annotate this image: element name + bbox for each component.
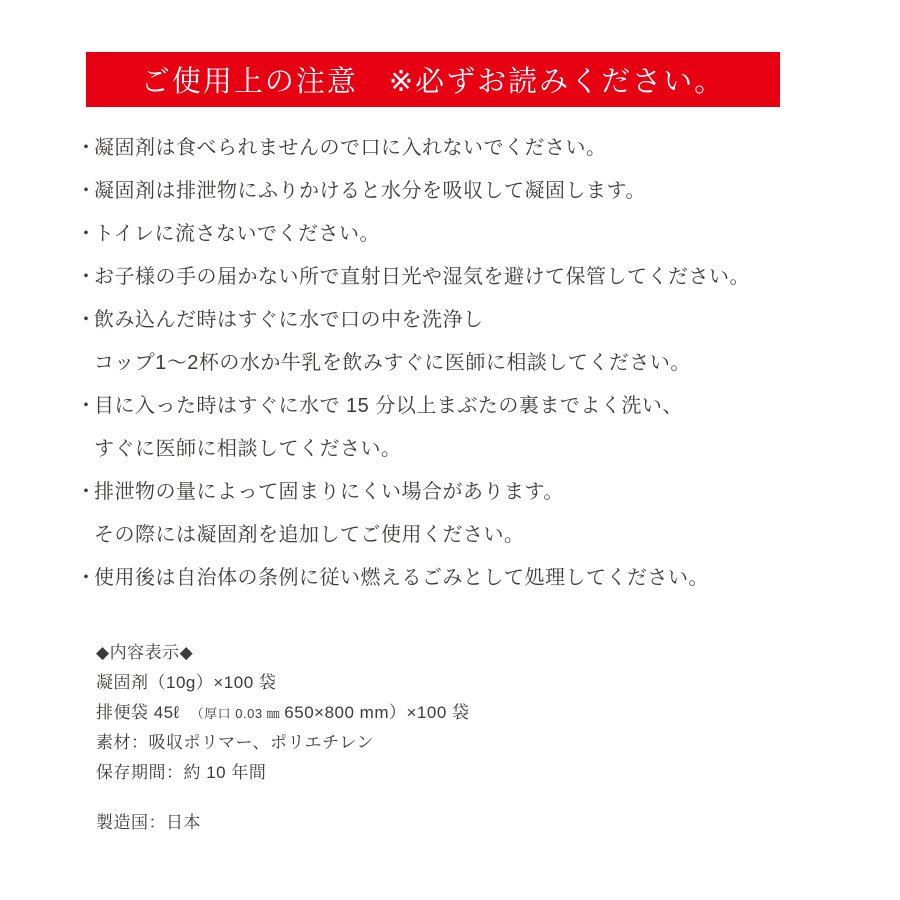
precaution-item: ・飲み込んだ時はすぐに水で口の中を洗浄し: [76, 308, 836, 351]
precaution-text: 排泄物の量によって固まりにくい場合があります。: [94, 480, 564, 504]
bullet-marker: ・: [76, 136, 94, 160]
contents-spec-lines: 凝固剤（10g）×100 袋排便袋 45ℓ （厚口 0.03 ㎜ 650×800…: [96, 671, 470, 791]
bullet-marker: ・: [76, 265, 94, 289]
precaution-text: 目に入った時はすぐに水で 15 分以上まぶたの裏までよく洗い、: [94, 394, 683, 418]
precaution-text: その際には凝固剤を追加してご使用ください。: [94, 523, 525, 547]
bullet-marker: ・: [76, 308, 94, 332]
precaution-item: ・凝固剤は排泄物にふりかけると水分を吸収して凝固します。: [76, 179, 836, 222]
contents-spec-segment: （厚口 0.03 ㎜: [197, 706, 284, 721]
precaution-text: 飲み込んだ時はすぐに水で口の中を洗浄し: [94, 308, 484, 332]
precaution-item: ・お子様の手の届かない所で直射日光や湿気を避けて保管してください。: [76, 265, 836, 308]
contents-spec-line: 凝固剤（10g）×100 袋: [96, 671, 470, 701]
bullet-marker: ・: [76, 566, 94, 590]
precaution-text: 凝固剤は排泄物にふりかけると水分を吸収して凝固します。: [94, 179, 646, 203]
precaution-text: コップ1～2杯の水か牛乳を飲みすぐに医師に相談してください。: [94, 351, 691, 375]
bullet-marker: ・: [76, 222, 94, 246]
precaution-item: ・トイレに流さないでください。: [76, 222, 836, 265]
precaution-item: ・目に入った時はすぐに水で 15 分以上まぶたの裏までよく洗い、: [76, 394, 836, 437]
contents-spec-segment: 保存期間：約 10 年間: [96, 763, 266, 782]
precaution-item-continuation: その際には凝固剤を追加してご使用ください。: [76, 523, 836, 566]
caution-banner-title: ご使用上の注意 ※必ずお読みください。: [141, 59, 725, 100]
contents-spec-segment: 排便袋 45ℓ: [96, 703, 197, 722]
precaution-item-continuation: すぐに医師に相談してください。: [76, 437, 836, 480]
contents-spec-segment: 凝固剤（10g）×100 袋: [96, 673, 276, 692]
precaution-text: お子様の手の届かない所で直射日光や湿気を避けて保管してください。: [94, 265, 750, 289]
contents-spec-line: 素材：吸収ポリマー、ポリエチレン: [96, 731, 470, 761]
contents-heading: ◆内容表示◆: [96, 641, 470, 671]
precaution-text: 使用後は自治体の条例に従い燃えるごみとして処理してください。: [94, 566, 709, 590]
precaution-item-continuation: コップ1～2杯の水か牛乳を飲みすぐに医師に相談してください。: [76, 351, 836, 394]
contents-spec-line: 保存期間：約 10 年間: [96, 761, 470, 791]
caution-label-page: ご使用上の注意 ※必ずお読みください。 ・凝固剤は食べられませんので口に入れない…: [0, 0, 900, 900]
caution-banner: ご使用上の注意 ※必ずお読みください。: [86, 52, 780, 107]
bullet-marker: ・: [76, 179, 94, 203]
precaution-text: すぐに医師に相談してください。: [94, 437, 402, 461]
precaution-text: 凝固剤は食べられませんので口に入れないでください。: [94, 136, 607, 160]
precaution-list: ・凝固剤は食べられませんので口に入れないでください。・凝固剤は排泄物にふりかける…: [76, 136, 836, 609]
contents-spec-segment: 素材：吸収ポリマー、ポリエチレン: [96, 733, 374, 752]
bullet-marker: ・: [76, 480, 94, 504]
bullet-marker: ・: [76, 394, 94, 418]
precaution-item: ・凝固剤は食べられませんので口に入れないでください。: [76, 136, 836, 179]
precaution-item: ・使用後は自治体の条例に従い燃えるごみとして処理してください。: [76, 566, 836, 609]
contents-spec-segment: 650×800 mm）×100 袋: [284, 703, 469, 722]
precaution-text: トイレに流さないでください。: [94, 222, 380, 246]
country-of-origin: 製造国：日本: [96, 811, 470, 841]
precaution-item: ・排泄物の量によって固まりにくい場合があります。: [76, 480, 836, 523]
contents-section: ◆内容表示◆ 凝固剤（10g）×100 袋排便袋 45ℓ （厚口 0.03 ㎜ …: [96, 641, 470, 841]
contents-spec-line: 排便袋 45ℓ （厚口 0.03 ㎜ 650×800 mm）×100 袋: [96, 701, 470, 731]
